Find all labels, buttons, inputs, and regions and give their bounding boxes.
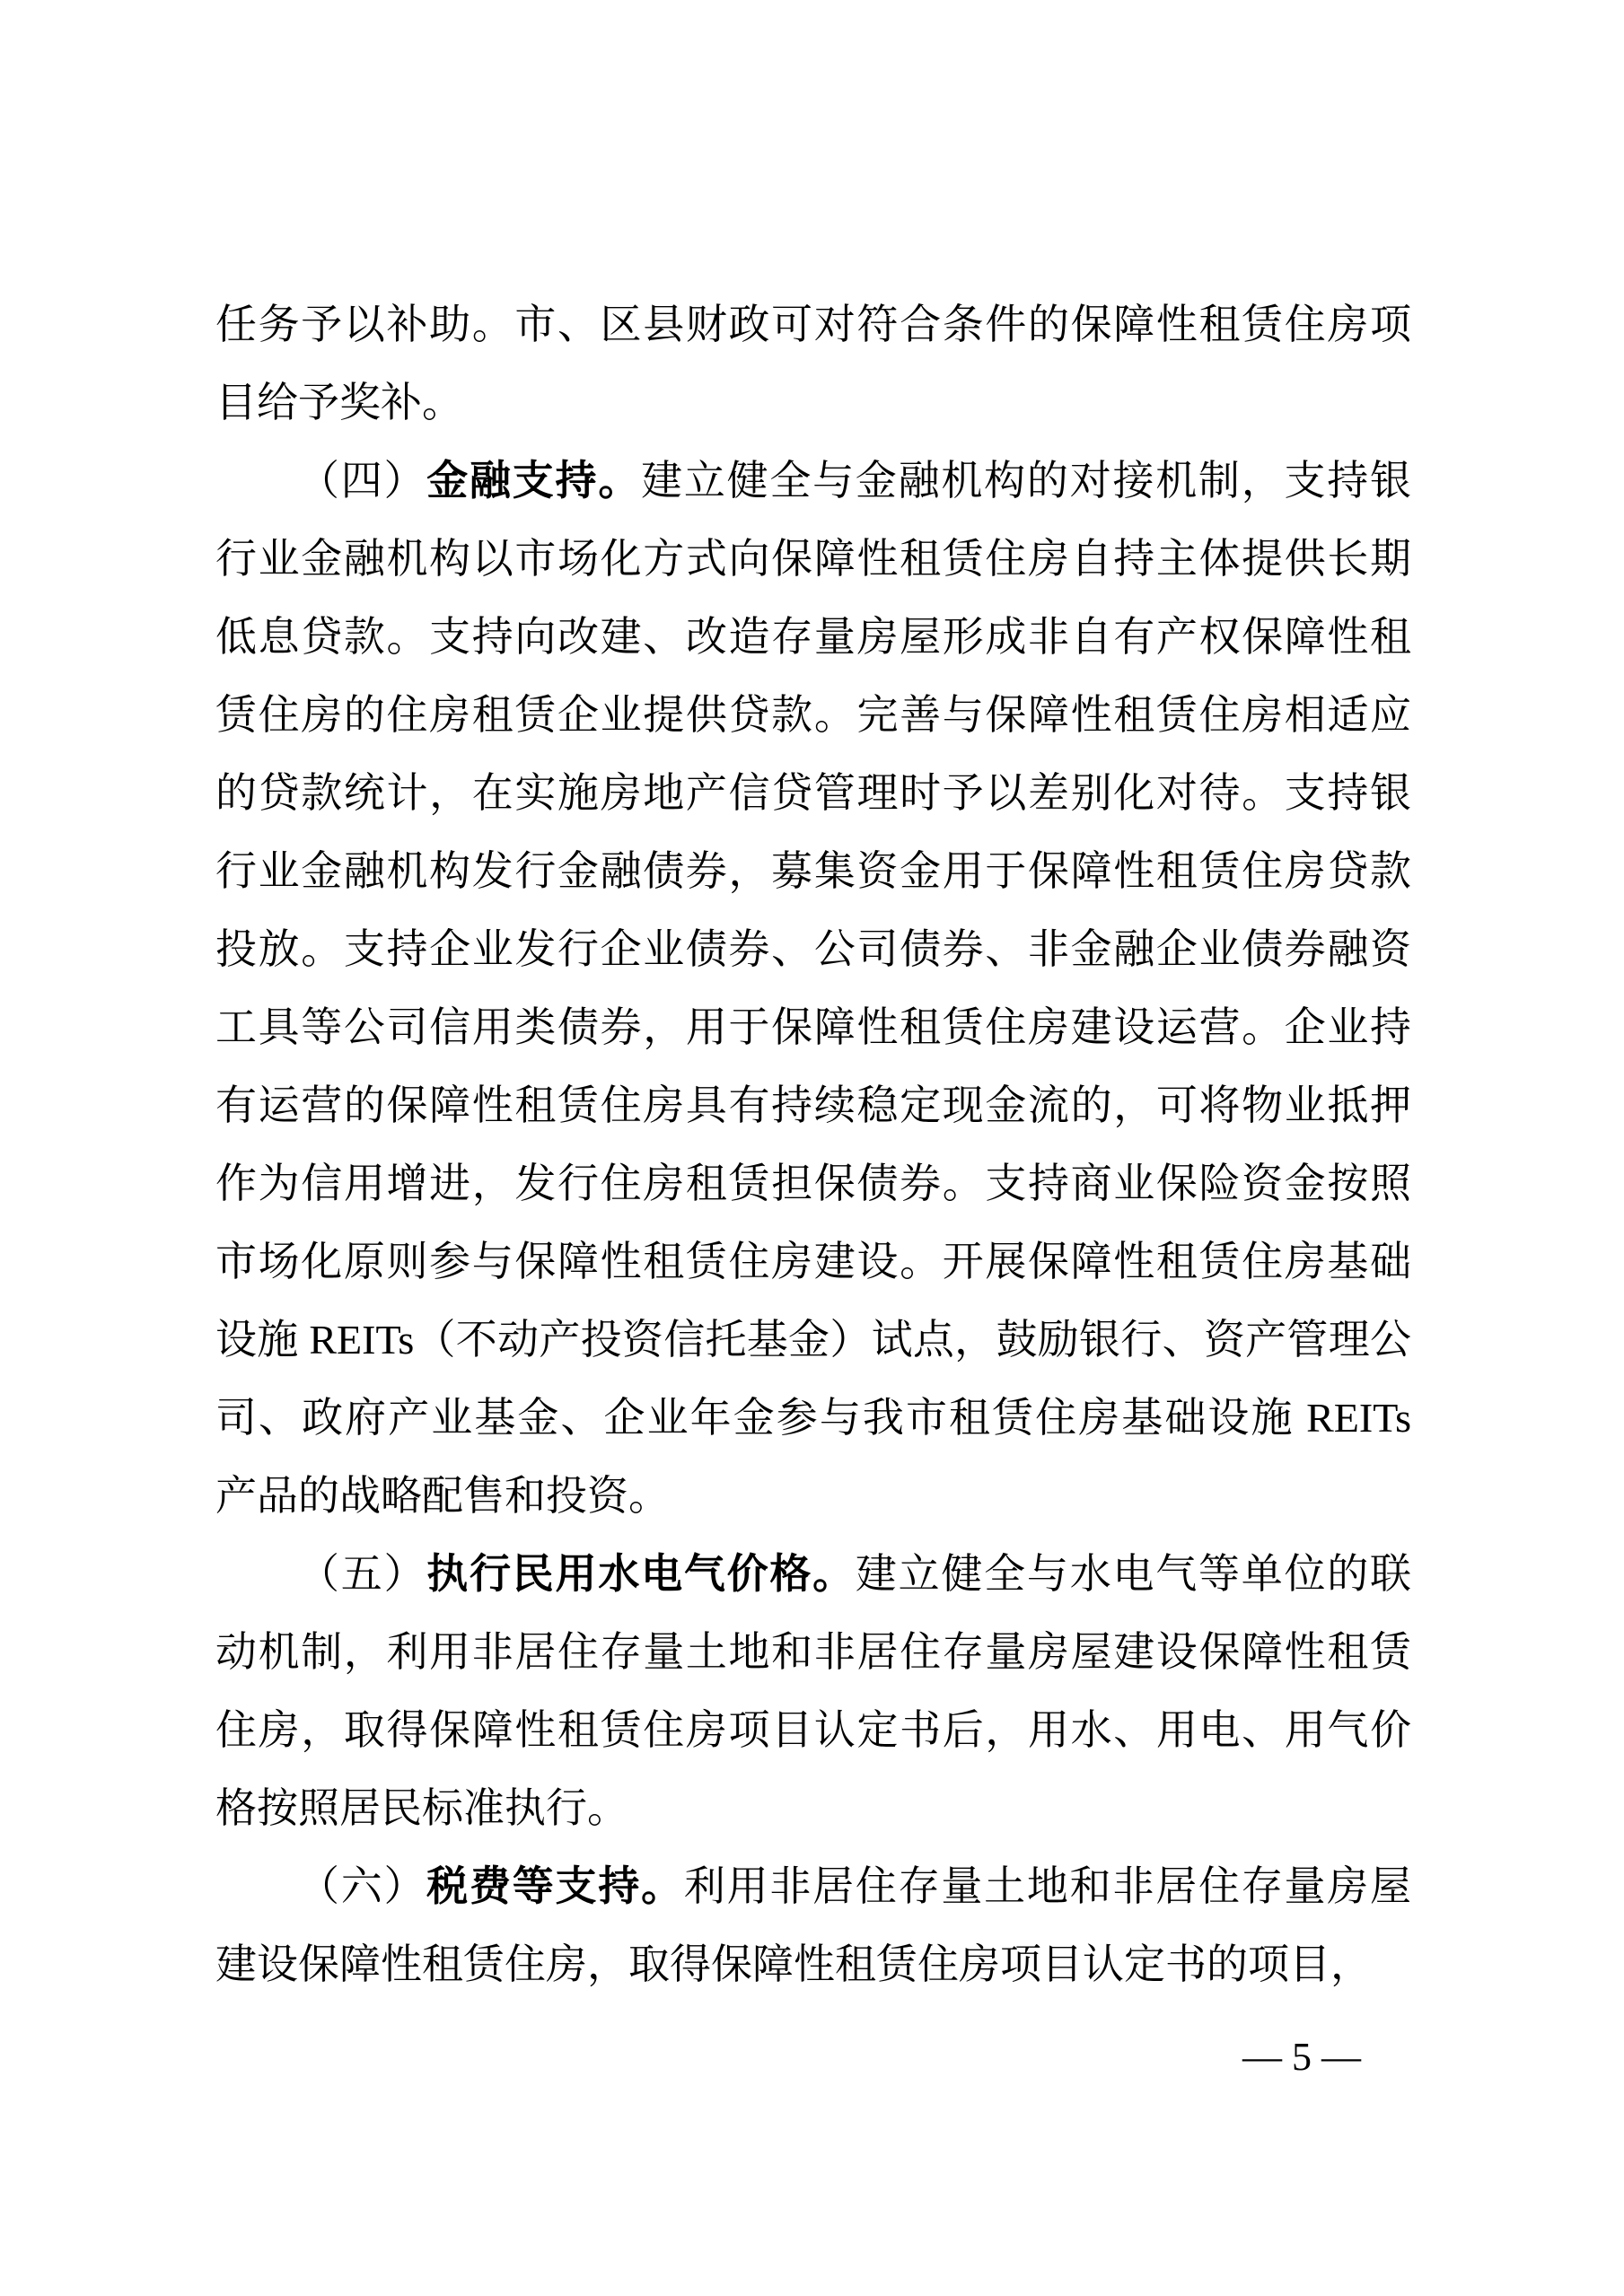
section-heading: 税费等支持。 (426, 1863, 684, 1909)
document-page: 任务予以补助。市、区县财政可对符合条件的保障性租赁住房项目给予奖补。（四）金融支… (0, 0, 1624, 2296)
section-heading: 金融支持。 (426, 458, 641, 504)
paragraph: （四）金融支持。建立健全与金融机构的对接机制，支持银行业金融机构以市场化方式向保… (215, 442, 1411, 1535)
paragraph: （五）执行民用水电气价格。建立健全与水电气等单位的联动机制，利用非居住存量土地和… (215, 1535, 1411, 1847)
text-segment: （五） (298, 1551, 426, 1597)
paragraph: （六）税费等支持。利用非居住存量土地和非居住存量房屋建设保障性租赁住房，取得保障… (215, 1847, 1411, 2003)
page-number: — 5 — (1212, 2030, 1391, 2084)
text-segment: 建立健全与金融机构的对接机制，支持银行业金融机构以市场化方式向保障性租赁住房自持… (215, 458, 1411, 1519)
text-segment: （六） (298, 1863, 426, 1909)
text-segment: （四） (298, 458, 426, 504)
document-body: 任务予以补助。市、区县财政可对符合条件的保障性租赁住房项目给予奖补。（四）金融支… (215, 285, 1411, 2003)
paragraph: 任务予以补助。市、区县财政可对符合条件的保障性租赁住房项目给予奖补。 (215, 285, 1411, 442)
text-segment: 任务予以补助。市、区县财政可对符合条件的保障性租赁住房项目给予奖补。 (215, 302, 1411, 425)
section-heading: 执行民用水电气价格。 (426, 1551, 856, 1597)
